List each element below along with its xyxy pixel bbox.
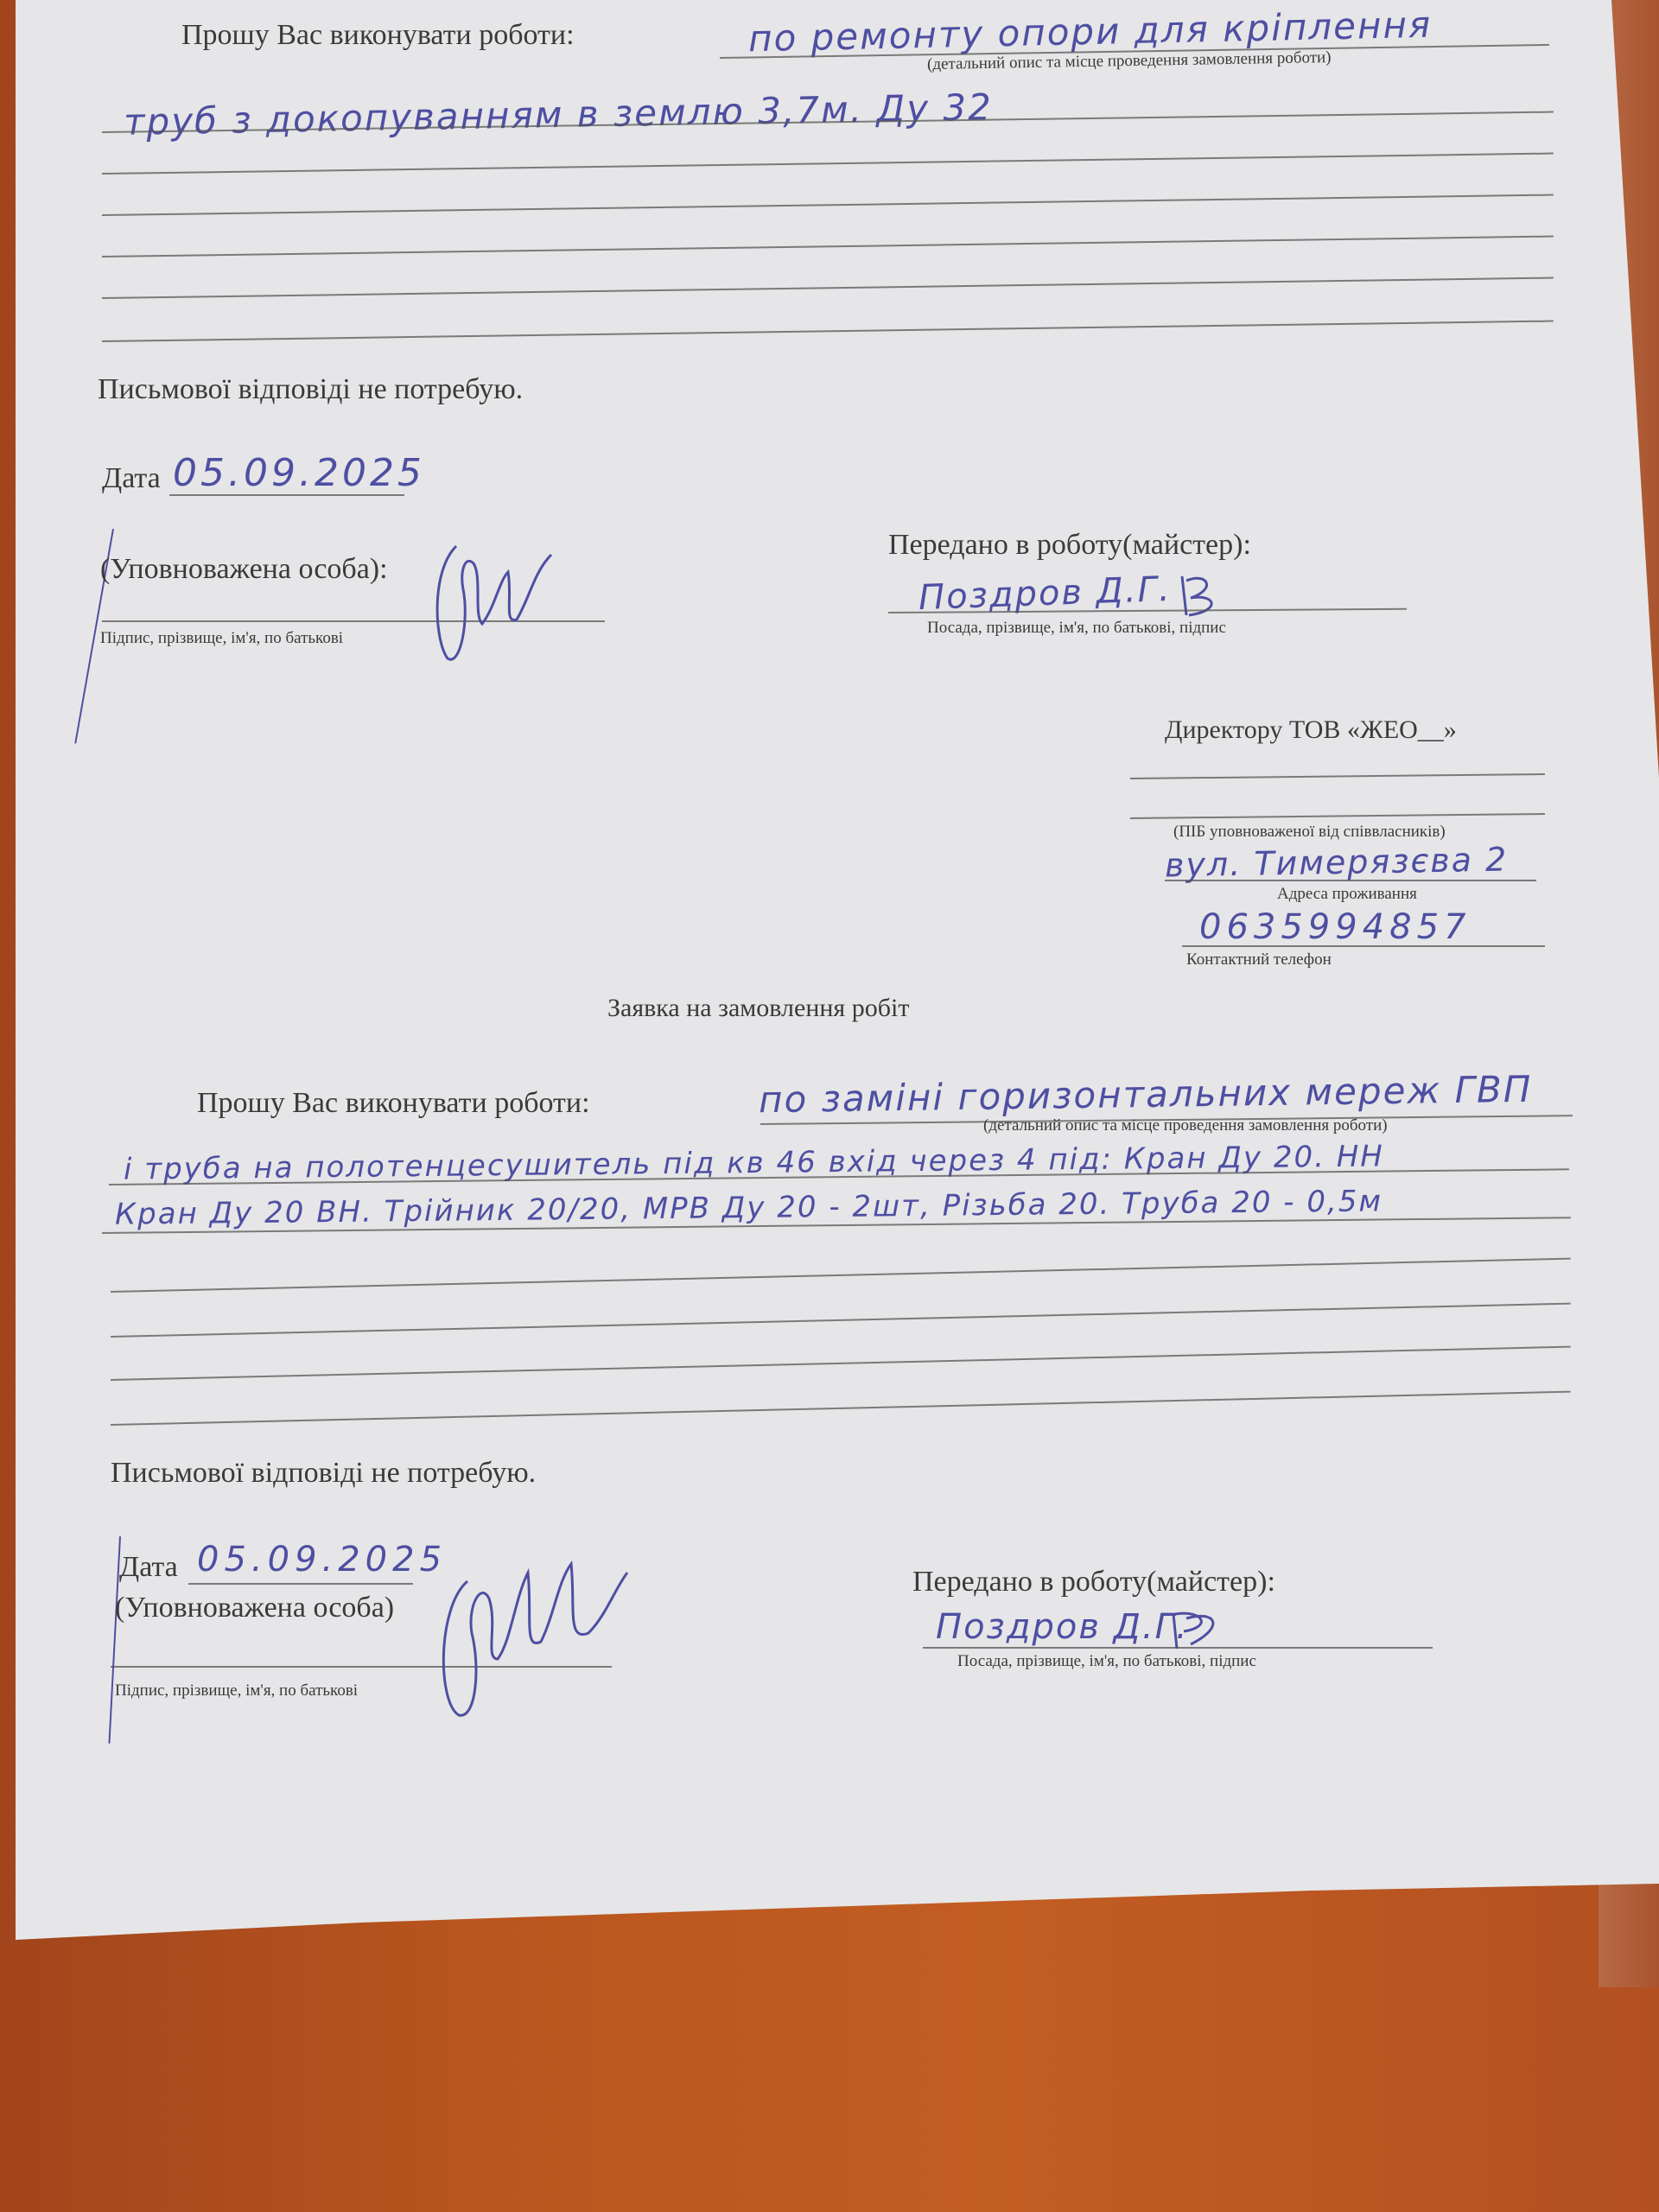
bottom-master-line bbox=[923, 1647, 1433, 1649]
addressee-phone-caption: Контактний телефон bbox=[1186, 950, 1332, 969]
top-handed-label: Передано в роботу(майстер): bbox=[888, 529, 1251, 562]
top-date-value: 05.09.2025 bbox=[173, 451, 425, 495]
addressee-address-caption: Адреса проживання bbox=[1277, 885, 1417, 904]
bottom-date-value: 05.09.2025 bbox=[197, 1540, 447, 1580]
addressee-address-value: вул. Тимерязєва 2 bbox=[1165, 841, 1509, 885]
bottom-handed-label: Передано в роботу(майстер): bbox=[912, 1566, 1275, 1599]
bottom-blank-line bbox=[111, 1391, 1571, 1426]
bottom-no-reply: Письмової відповіді не потребую. bbox=[111, 1457, 536, 1490]
bottom-master-handwritten: Поздров Д.Г. bbox=[936, 1607, 1189, 1647]
top-master-caption: Посада, прізвище, ім'я, по батькові, під… bbox=[927, 619, 1226, 638]
bottom-authorized-signature bbox=[429, 1547, 636, 1724]
bottom-prompt-label: Прошу Вас виконувати роботи: bbox=[197, 1087, 590, 1120]
top-no-reply: Письмової відповіді не потребую. bbox=[98, 373, 523, 406]
addressee-address-line bbox=[1165, 880, 1536, 881]
bottom-blank-line bbox=[111, 1303, 1571, 1338]
top-blank-line bbox=[102, 153, 1554, 175]
addressee-to: Директору ТОВ «ЖЕО__» bbox=[1165, 715, 1457, 745]
top-authorized-label: (Уповноважена особа): bbox=[100, 553, 388, 586]
top-prompt-label: Прошу Вас виконувати роботи: bbox=[181, 19, 575, 52]
top-date-label: Дата bbox=[102, 462, 161, 495]
bottom-date-line bbox=[188, 1583, 413, 1585]
bottom-handwritten-line-1: по заміні горизонтальних мереж ГВП bbox=[759, 1068, 1533, 1121]
bottom-master-caption: Посада, прізвище, ім'я, по батькові, під… bbox=[957, 1652, 1256, 1671]
bottom-authorized-label: (Уповноважена особа) bbox=[115, 1592, 394, 1624]
top-blank-line bbox=[102, 277, 1554, 299]
top-handwritten-line-2: труб з докопуванням в землю 3,7м. Ду 32 bbox=[124, 86, 994, 143]
top-blank-line bbox=[102, 194, 1554, 216]
bottom-blank-line bbox=[111, 1346, 1571, 1381]
addressee-phone-value: 0635994857 bbox=[1199, 907, 1471, 947]
addressee-name-line bbox=[1130, 813, 1545, 819]
bottom-blank-line bbox=[111, 1258, 1571, 1293]
bottom-handwritten-line-2: і труба на полотенцесушитель під кв 46 в… bbox=[124, 1139, 1384, 1186]
top-date-line bbox=[169, 494, 404, 496]
bottom-title: Заявка на замовлення робіт bbox=[607, 994, 909, 1023]
addressee-name-caption: (ПІБ уповноваженої від співвласників) bbox=[1173, 823, 1446, 842]
bottom-date-label: Дата bbox=[119, 1551, 178, 1584]
top-authorized-signature bbox=[422, 537, 594, 671]
top-authorized-caption: Підпис, прізвище, ім'я, по батькові bbox=[100, 629, 343, 648]
addressee-name-line bbox=[1130, 773, 1545, 779]
top-blank-line bbox=[102, 321, 1554, 342]
addressee-phone-line bbox=[1182, 945, 1545, 947]
paper-sheet: Прошу Вас виконувати роботи: по ремонту … bbox=[16, 0, 1659, 1940]
bottom-hint: (детальний опис та місце проведення замо… bbox=[983, 1116, 1388, 1135]
top-blank-line bbox=[102, 236, 1554, 257]
bottom-authorized-caption: Підпис, прізвище, ім'я, по батькові bbox=[115, 1681, 358, 1700]
